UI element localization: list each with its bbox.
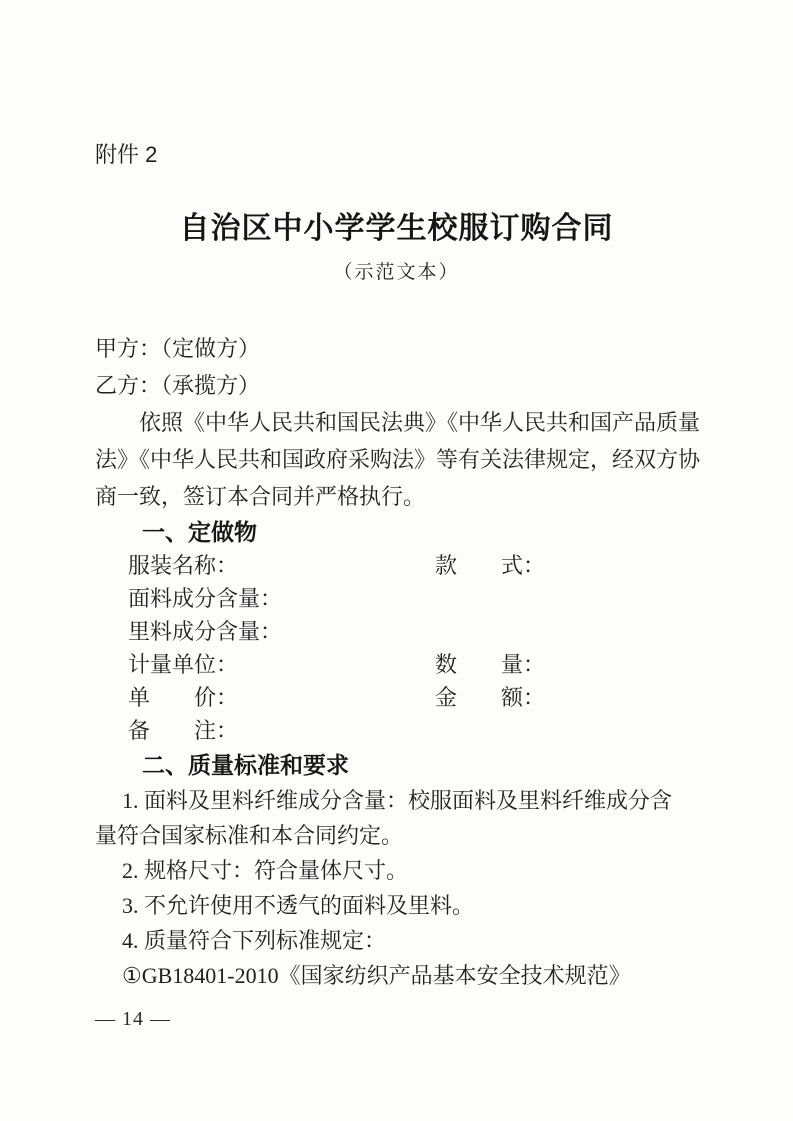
document-title: 自治区中小学学生校服订购合同 [0, 210, 793, 248]
party-b-line: 乙方：（承揽方） [95, 367, 719, 404]
quality-item-2: 2. 规格尺寸：符合量体尺寸。 [95, 853, 719, 888]
field-label-style: 款 式： [435, 549, 545, 582]
preamble-line-1: 依照《中华人民共和国民法典》《中华人民共和国产品质量 [95, 404, 719, 441]
quality-item-3: 3. 不允许使用不透气的面料及里料。 [95, 888, 719, 923]
preamble-line-3: 商一致，签订本合同并严格执行。 [95, 478, 719, 515]
quality-item-4: 4. 质量符合下列标准规定： [95, 923, 719, 958]
field-label-quantity: 数 量： [435, 648, 545, 681]
party-a-line: 甲方：（定做方） [95, 330, 719, 367]
field-row-unit: 计量单位： 数 量： [95, 648, 719, 681]
quality-item-1-line-2: 量符合国家标准和本合同约定。 [95, 818, 719, 853]
field-row-lining-fabric: 里料成分含量： [95, 615, 719, 648]
field-row-unit-price: 单 价： 金 额： [95, 681, 719, 714]
attachment-label: 附件 2 [95, 140, 157, 170]
field-label-remarks: 备 注： [128, 718, 238, 743]
contract-body: 甲方：（定做方） 乙方：（承揽方） 依照《中华人民共和国民法典》《中华人民共和国… [95, 330, 719, 993]
field-label-shell-fabric: 面料成分含量： [128, 586, 282, 611]
preamble-line-2: 法》《中华人民共和国政府采购法》等有关法律规定，经双方协 [95, 441, 719, 478]
field-label-unit: 计量单位： [128, 652, 238, 677]
document-page: 附件 2 自治区中小学学生校服订购合同 （示范文本） 甲方：（定做方） 乙方：（… [0, 0, 793, 1121]
standard-gb18401-line: ①GB18401-2010《国家纺织产品基本安全技术规范》 [95, 958, 719, 993]
document-subtitle: （示范文本） [0, 260, 793, 286]
field-label-lining-fabric: 里料成分含量： [128, 619, 282, 644]
field-row-garment-name: 服装名称： 款 式： [95, 549, 719, 582]
field-label-garment-name: 服装名称： [128, 553, 238, 578]
section1-heading: 一、定做物 [95, 515, 719, 549]
field-row-shell-fabric: 面料成分含量： [95, 582, 719, 615]
field-row-remarks: 备 注： [95, 714, 719, 747]
page-number: — 14 — [95, 1005, 171, 1033]
field-label-unit-price: 单 价： [128, 685, 238, 710]
field-label-amount: 金 额： [435, 681, 545, 714]
section2-heading: 二、质量标准和要求 [95, 747, 719, 783]
quality-item-1-line-1: 1. 面料及里料纤维成分含量：校服面料及里料纤维成分含 [95, 783, 719, 818]
